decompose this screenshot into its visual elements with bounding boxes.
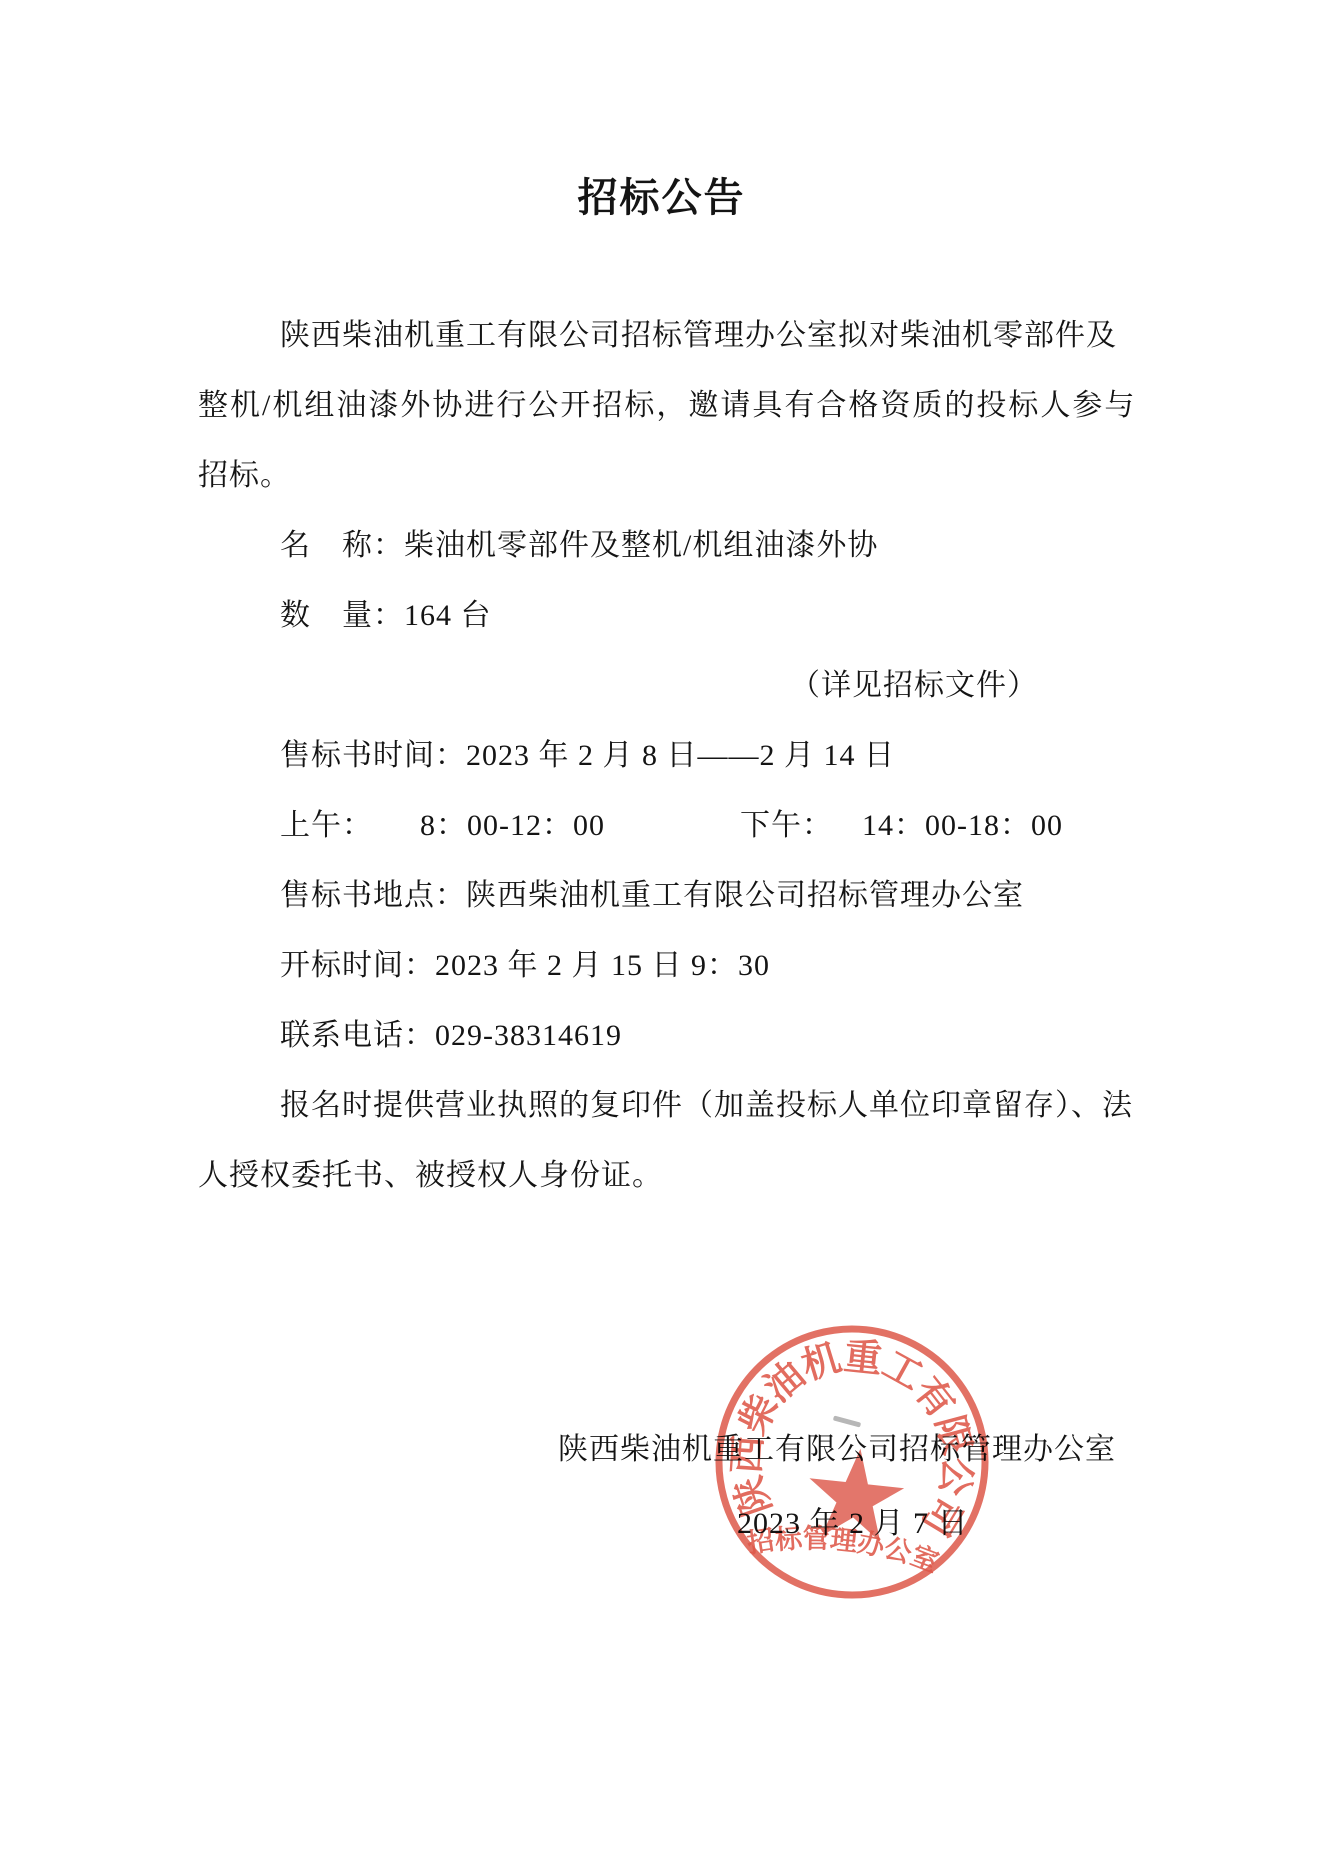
svg-text:西: 西 bbox=[726, 1434, 771, 1475]
am-time: 8：00-12：00 bbox=[420, 808, 605, 844]
sale-time-line: 售标书时间：2023 年 2 月 8 日——2 月 14 日 bbox=[280, 738, 895, 774]
sale-place-line: 售标书地点：陕西柴油机重工有限公司招标管理办公室 bbox=[280, 878, 1024, 914]
svg-text:招: 招 bbox=[745, 1524, 777, 1559]
svg-text:标: 标 bbox=[773, 1523, 804, 1555]
register-line-2: 人授权委托书、被授权人身份证。 bbox=[198, 1158, 663, 1194]
register-line-1: 报名时提供营业执照的复印件（加盖投标人单位印章留存）、法 bbox=[280, 1088, 1133, 1124]
svg-text:陕: 陕 bbox=[728, 1471, 780, 1521]
svg-text:理: 理 bbox=[829, 1524, 859, 1557]
intro-line-2: 整机/机组油漆外协进行公开招标，邀请具有合格资质的投标人参与 bbox=[198, 388, 1136, 424]
open-time-line: 开标时间：2023 年 2 月 15 日 9：30 bbox=[280, 948, 770, 984]
pm-time: 14：00-18：00 bbox=[862, 808, 1063, 844]
item-qty-line: 数 量：164 台 bbox=[280, 598, 492, 634]
phone-line: 联系电话：029-38314619 bbox=[280, 1018, 622, 1054]
pm-label: 下午： bbox=[740, 808, 833, 844]
svg-text:管: 管 bbox=[803, 1523, 831, 1554]
official-seal: 陕西柴油机重工有限公司 招标管理办公室 bbox=[687, 1297, 1017, 1627]
intro-line-1: 陕西柴油机重工有限公司招标管理办公室拟对柴油机零部件及 bbox=[280, 318, 1117, 354]
am-label: 上午： bbox=[280, 808, 373, 844]
detail-note-line: （详见招标文件） bbox=[790, 668, 1038, 704]
page-title: 招标公告 bbox=[0, 166, 1323, 223]
intro-line-3: 招标。 bbox=[198, 458, 291, 494]
item-name-line: 名 称：柴油机零部件及整机/机组油漆外协 bbox=[280, 528, 878, 564]
document-page: 招标公告 陕西柴油机重工有限公司招标管理办公室拟对柴油机零部件及 整机/机组油漆… bbox=[0, 0, 1323, 1871]
